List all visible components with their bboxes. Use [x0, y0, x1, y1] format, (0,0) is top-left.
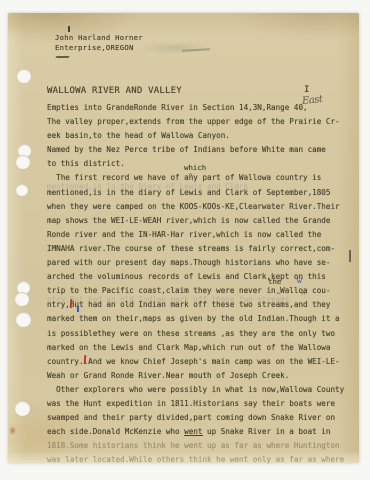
typed-line: country..And we know Chief Joseph's main… [47, 355, 355, 369]
erased-ghost-line: mentioned,is in the Diary of Lewis and C… [47, 182, 248, 191]
caret-mark: ^ [276, 291, 281, 300]
typed-line: marked them on their,maps as given by th… [47, 312, 355, 326]
typed-line: Ronde river and the IN-HAR-Har river,whi… [47, 228, 355, 242]
stamp-name: John Harland Horner [55, 33, 143, 43]
typed-line: was the Hunt expedition in 1811.Historia… [47, 397, 355, 411]
handwritten-note: East [301, 94, 322, 107]
underline-mark [184, 435, 203, 436]
typed-line: swamped and their party divided,part com… [47, 411, 355, 425]
caret-mark: ^ [301, 291, 306, 300]
typed-line: 1818.Some historians think he went up as… [47, 439, 355, 453]
punch-hole [16, 155, 30, 169]
typed-body: Empties into GrandeRonde River in Sectio… [47, 101, 355, 467]
erased-ghost-line: ntry,But had an old Indian mark off thes… [47, 295, 289, 304]
punch-hole [15, 292, 29, 306]
typed-line: Named by the Nez Perce tribe of Indians … [47, 143, 355, 157]
typed-line: Other explorers who were possibly in wha… [47, 383, 355, 397]
punch-hole [16, 312, 31, 327]
page-title: WALLOWA RIVER AND VALLEY [47, 86, 182, 96]
typed-line: IMNAHA river.The course of these streams… [47, 242, 355, 256]
stamp-underline-squiggle [55, 56, 69, 58]
typed-line: marked on the Lewis and Clark Map,which … [47, 341, 355, 355]
typed-line: was later located.While others think he … [47, 453, 355, 467]
insertion-the: the [268, 277, 281, 286]
punch-hole [15, 401, 30, 416]
page-number: I [304, 85, 309, 95]
insertion-which: which [184, 163, 206, 172]
margin-pen-mark [349, 250, 351, 262]
punch-hole [17, 69, 31, 83]
scanned-document-page: John Harland Horner Enterprise,OREGON WA… [0, 0, 370, 480]
stamp-location: Enterprise,OREGON [55, 43, 143, 53]
insertion-w: w [297, 276, 302, 285]
typed-line: is possiblethey were on these streams ,a… [47, 327, 355, 341]
typed-line: pared with our present day maps.Though h… [47, 256, 355, 270]
typed-line: Weah or Grand Ronde River.Near mouth of … [47, 369, 355, 383]
punch-hole [16, 184, 28, 196]
typed-line: eek basin,to the head of Wallowa Canyon. [47, 129, 355, 143]
typed-line: when they were camped on the KOOS-KOOs-K… [47, 200, 355, 214]
pen-tick-mark [68, 26, 70, 32]
typed-line: map shows the WEI-LE-WEAH river,which is… [47, 214, 355, 228]
typed-line: each side.Donald McKenzie who went up Sn… [47, 425, 355, 439]
typed-line: The valley proper,extends from the upper… [47, 115, 355, 129]
caret-mark: ^ [188, 172, 193, 181]
typed-line: arched the voluminous records of Lewis a… [47, 270, 355, 284]
paper-stain [9, 426, 16, 435]
blue-pen-mark [77, 306, 79, 312]
owner-stamp: John Harland Horner Enterprise,OREGON [55, 33, 143, 52]
